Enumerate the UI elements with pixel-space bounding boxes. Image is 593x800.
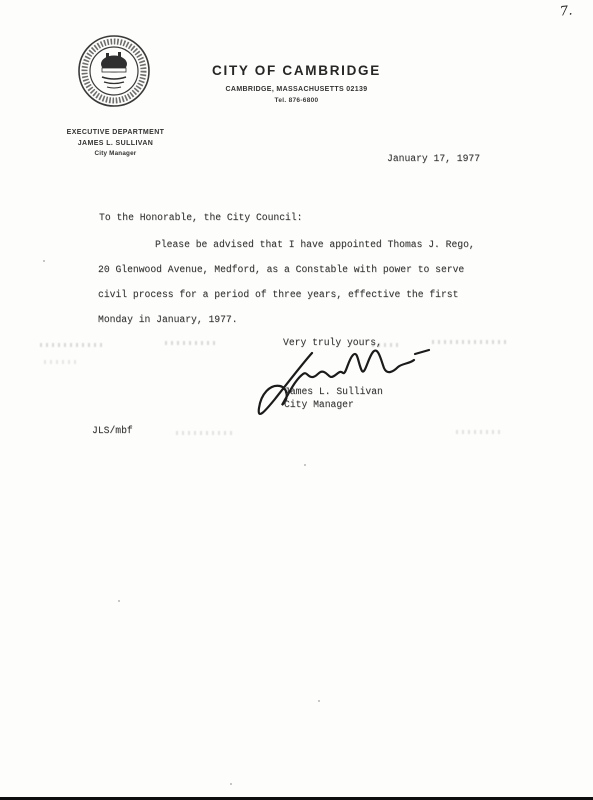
scan-artifact [432, 340, 510, 344]
body-line: civil process for a period of three year… [98, 289, 475, 300]
letterhead-title: CITY OF CAMBRIDGE [0, 63, 593, 78]
letterhead-address: CAMBRIDGE, MASSACHUSETTS 02139 [0, 86, 593, 93]
scanned-letter-page: 7. CITY OF CAMBRIDGE CAMBRIDGE, MASSACHU… [0, 0, 593, 800]
body-line: Please be advised that I have appointed … [98, 239, 475, 250]
department-name: EXECUTIVE DEPARTMENT [38, 128, 193, 139]
official-title: City Manager [38, 149, 193, 160]
department-block: EXECUTIVE DEPARTMENT JAMES L. SULLIVAN C… [38, 128, 193, 160]
body-line: 20 Glenwood Avenue, Medford, as a Consta… [98, 264, 475, 275]
scan-artifact [118, 600, 120, 602]
handwritten-page-number: 7. [559, 3, 573, 19]
scan-artifact [456, 430, 504, 434]
body-line: Monday in January, 1977. [98, 314, 475, 325]
reference-initials: JLS/mbf [92, 425, 133, 436]
scan-artifact [176, 431, 234, 435]
scan-artifact [230, 783, 232, 785]
scan-artifact [40, 343, 106, 347]
scan-artifact [304, 464, 306, 466]
scan-artifact [165, 341, 217, 345]
letter-body: Please be advised that I have appointed … [98, 239, 475, 339]
official-name: JAMES L. SULLIVAN [38, 139, 193, 150]
letter-date: January 17, 1977 [387, 153, 480, 164]
scan-artifact [43, 260, 45, 262]
signed-name: James L. Sullivan [284, 386, 383, 397]
scan-artifact [372, 343, 398, 347]
signed-title: City Manager [284, 399, 354, 410]
salutation: To the Honorable, the City Council: [99, 212, 302, 223]
scan-artifact [318, 700, 320, 702]
letterhead-phone: Tel. 876-6800 [0, 97, 593, 104]
scan-artifact [44, 360, 78, 364]
